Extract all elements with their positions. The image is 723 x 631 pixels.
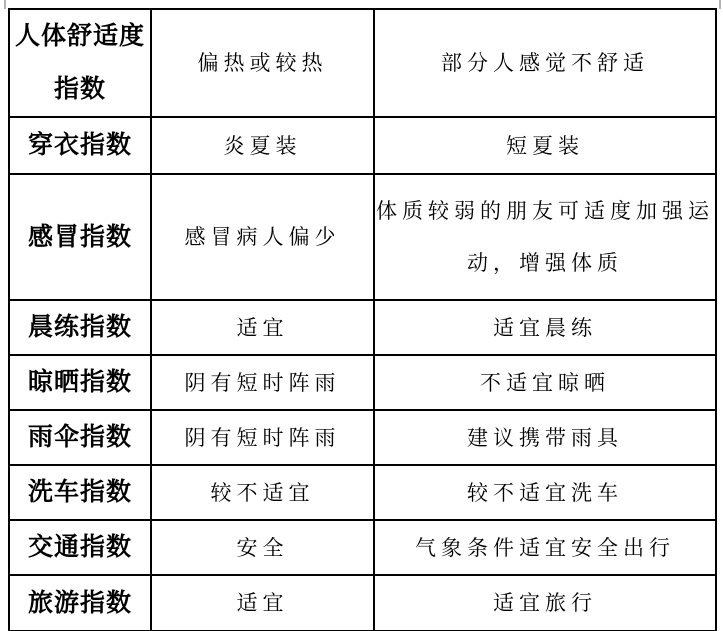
index-name-cell: 雨伞指数 — [9, 410, 151, 465]
index-value-cell: 感冒病人偏少 — [151, 174, 374, 300]
index-value-cell: 炎夏装 — [151, 117, 374, 174]
index-name-cell: 交通指数 — [9, 520, 151, 575]
index-desc-cell: 体质较弱的朋友可适度加强运动，增强体质 — [374, 174, 716, 300]
index-value-cell: 适宜 — [151, 575, 374, 631]
index-value-cell: 较不适宜 — [151, 465, 374, 520]
index-name-cell: 晾晒指数 — [9, 355, 151, 410]
index-value-cell: 阴有短时阵雨 — [151, 410, 374, 465]
scan-artifact-tick-right — [719, 0, 721, 9]
table-row: 晨练指数 适宜 适宜晨练 — [9, 300, 716, 355]
index-value-cell: 安全 — [151, 520, 374, 575]
table-row: 雨伞指数 阴有短时阵雨 建议携带雨具 — [9, 410, 716, 465]
index-name-cell: 洗车指数 — [9, 465, 151, 520]
weather-index-table: 人体舒适度指数 偏热或较热 部分人感觉不舒适 穿衣指数 炎夏装 短夏装 感冒指数… — [8, 8, 717, 631]
index-desc-cell: 较不适宜洗车 — [374, 465, 716, 520]
index-value-cell: 偏热或较热 — [151, 9, 374, 117]
index-desc-cell: 不适宜晾晒 — [374, 355, 716, 410]
table-row: 旅游指数 适宜 适宜旅行 — [9, 575, 716, 631]
table-row: 交通指数 安全 气象条件适宜安全出行 — [9, 520, 716, 575]
index-name-cell: 穿衣指数 — [9, 117, 151, 174]
index-name-cell: 感冒指数 — [9, 174, 151, 300]
index-value-cell: 适宜 — [151, 300, 374, 355]
index-desc-cell: 建议携带雨具 — [374, 410, 716, 465]
index-desc-cell: 适宜晨练 — [374, 300, 716, 355]
index-value-cell: 阴有短时阵雨 — [151, 355, 374, 410]
table-row: 晾晒指数 阴有短时阵雨 不适宜晾晒 — [9, 355, 716, 410]
table-row: 穿衣指数 炎夏装 短夏装 — [9, 117, 716, 174]
index-name-cell: 晨练指数 — [9, 300, 151, 355]
index-desc-cell: 适宜旅行 — [374, 575, 716, 631]
index-name-cell: 旅游指数 — [9, 575, 151, 631]
table-row: 洗车指数 较不适宜 较不适宜洗车 — [9, 465, 716, 520]
scan-artifact-tick-left — [4, 0, 6, 9]
index-desc-cell: 气象条件适宜安全出行 — [374, 520, 716, 575]
table-row: 人体舒适度指数 偏热或较热 部分人感觉不舒适 — [9, 9, 716, 117]
index-name-cell: 人体舒适度指数 — [9, 9, 151, 117]
table-row: 感冒指数 感冒病人偏少 体质较弱的朋友可适度加强运动，增强体质 — [9, 174, 716, 300]
index-desc-cell: 短夏装 — [374, 117, 716, 174]
index-desc-cell: 部分人感觉不舒适 — [374, 9, 716, 117]
